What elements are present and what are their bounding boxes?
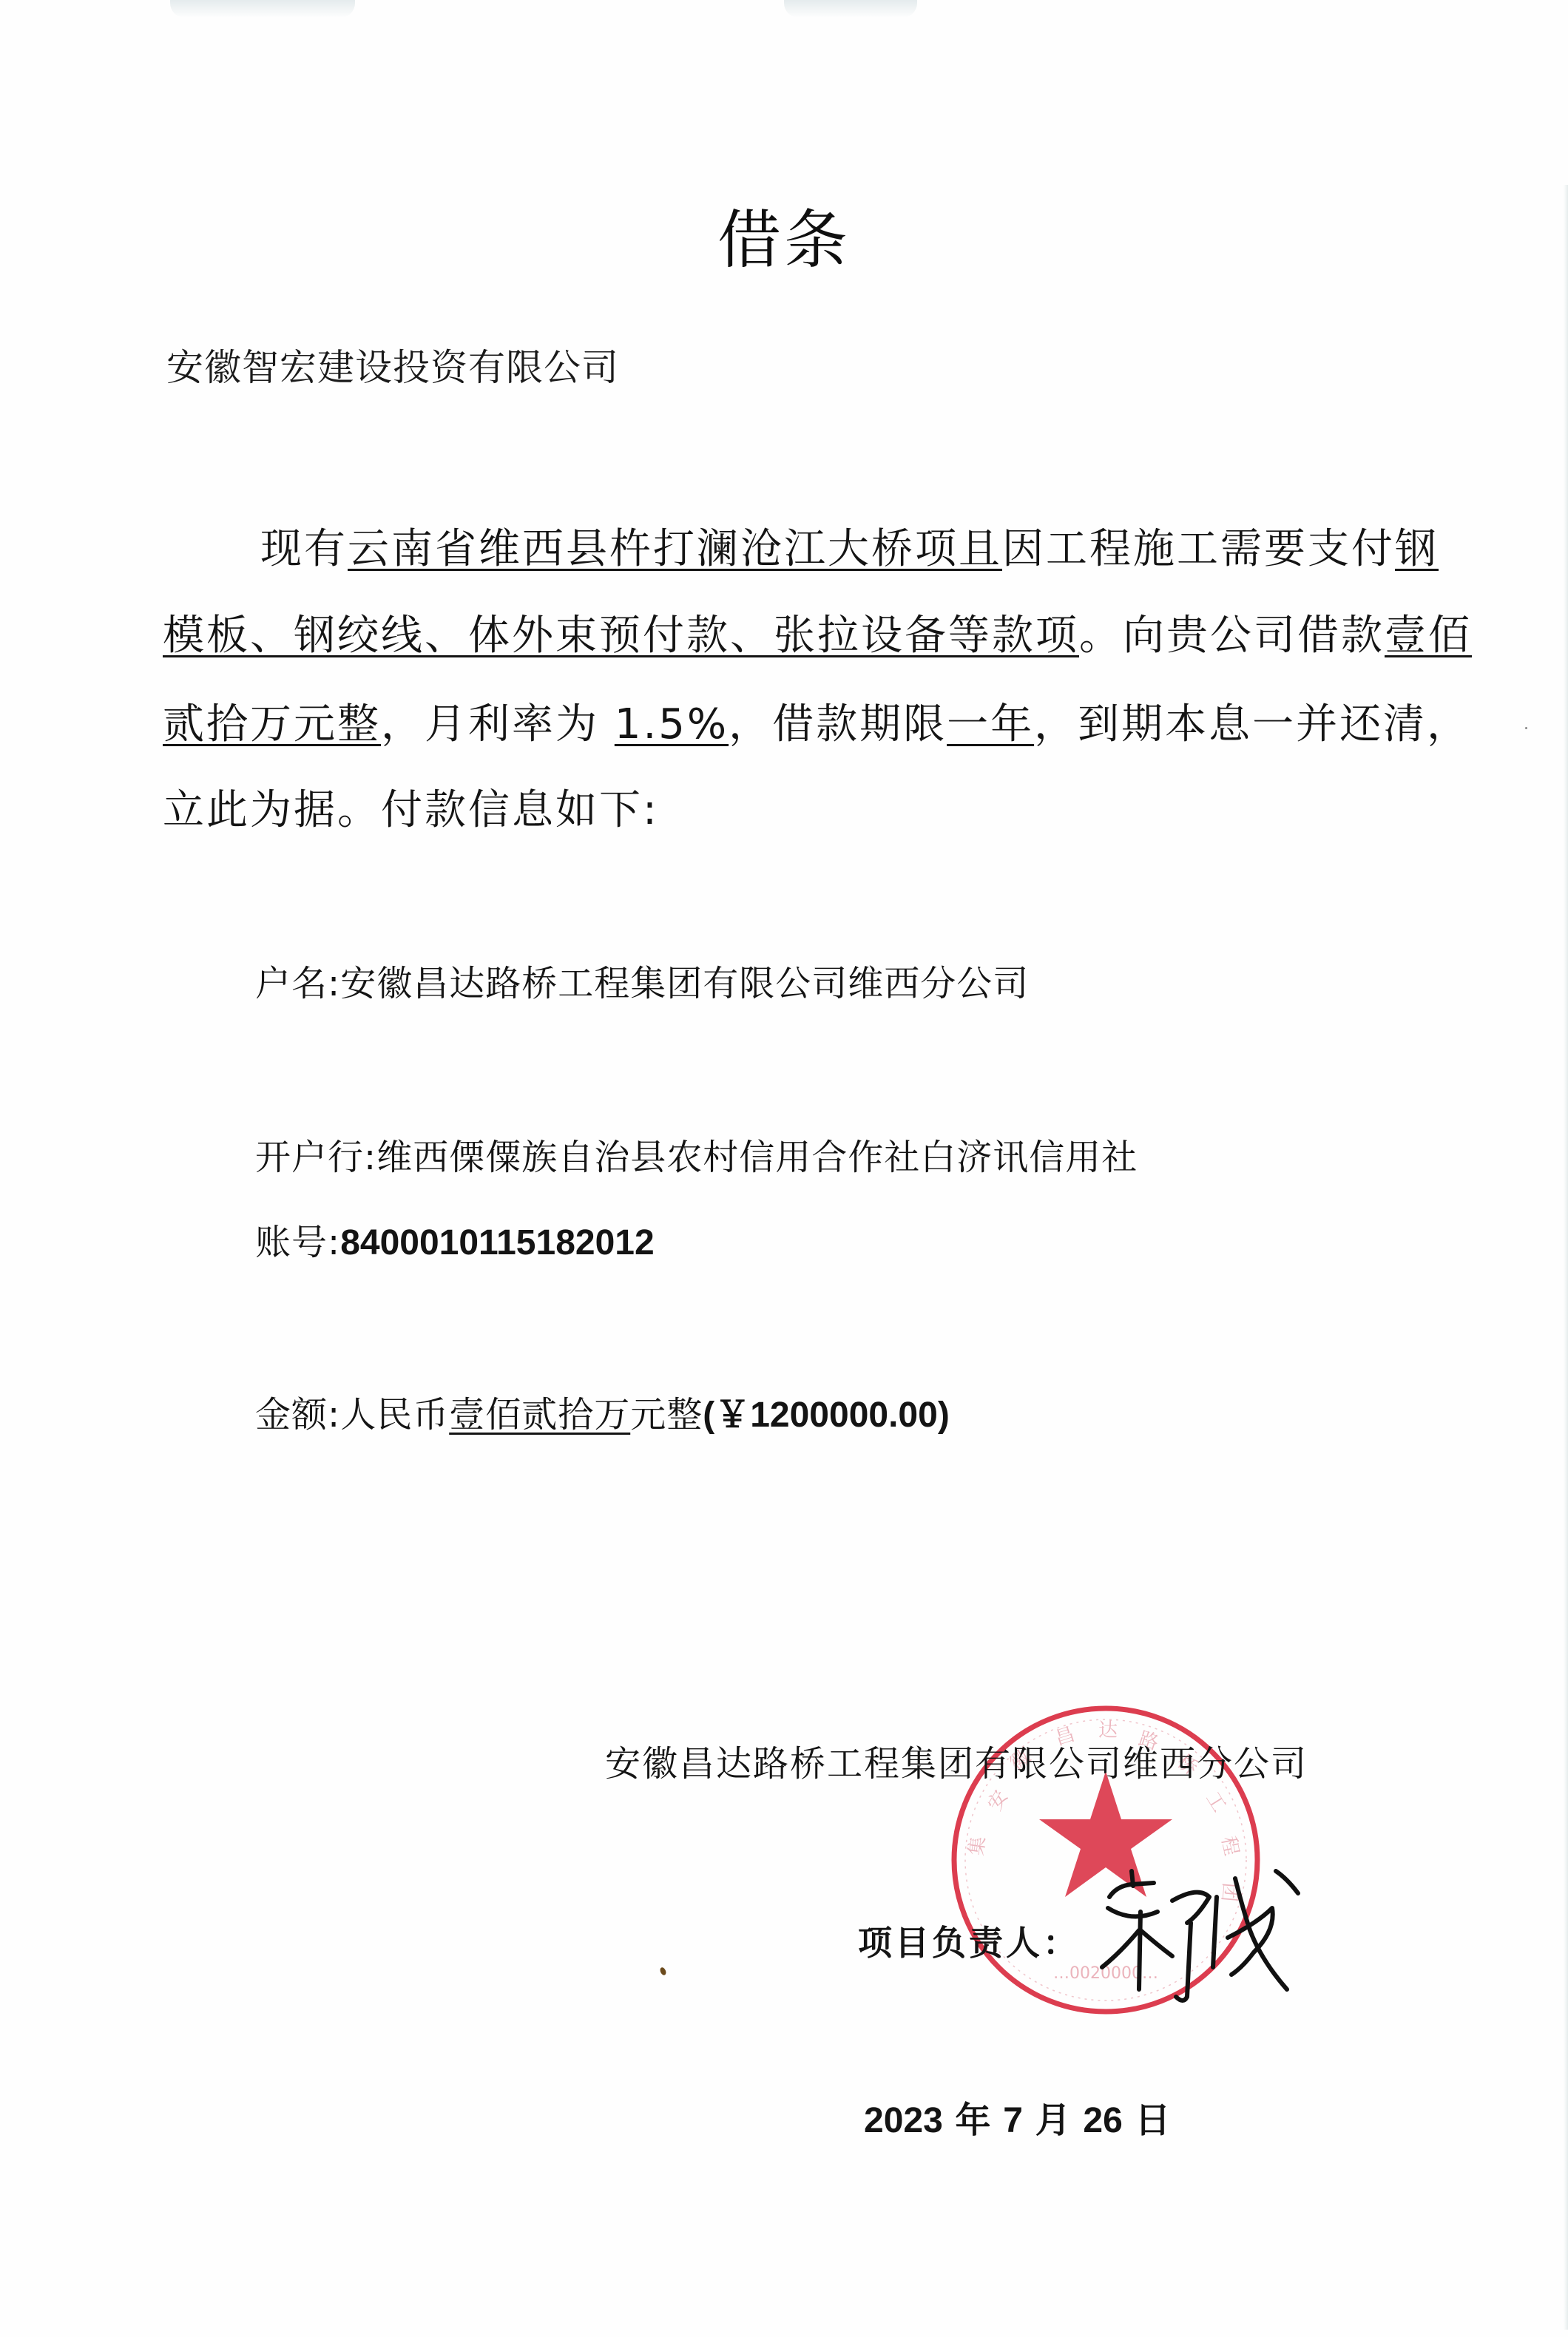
amount-in-words: 壹佰贰拾万 [449,1394,630,1435]
bank-label: 开户行: [255,1137,376,1178]
bank-row: 开户行:维西傈僳族自治县农村信用合作社白济讯信用社 [255,1132,1138,1183]
amount-row: 金额:人民币壹佰贰拾万元整(￥1200000.00) [255,1389,950,1441]
body-text: ，到期本息一并还清， [1034,700,1470,748]
loan-term: 一年 [947,700,1034,748]
account-name-value: 安徽昌达路桥工程集团有限公司维西分公司 [340,963,1029,1004]
body-line-4: 立此为据。付款信息如下: [163,781,659,840]
bank-value: 维西傈僳族自治县农村信用合作社白济讯信用社 [376,1137,1138,1178]
project-manager-label: 项目负责人： [858,1917,1080,1969]
date-day-unit: 日 [1135,2100,1171,2141]
handwritten-signature-icon [1087,1856,1309,2012]
body-text: 。向贵公司借款 [1079,612,1385,660]
body-text: 因工程施工需要支付 [1002,525,1395,573]
scan-artifact [170,0,355,18]
scan-speck [659,1966,667,1976]
date-year-unit: 年 [956,2100,991,2141]
scan-artifact [784,0,917,18]
body-text-underlined: 钢 [1395,525,1439,573]
svg-text:安: 安 [984,1787,1013,1815]
document-title: 借条 [0,200,1568,281]
amount-label: 金额: [255,1394,340,1435]
account-name-row: 户名:安徽昌达路桥工程集团有限公司维西分公司 [255,958,1029,1009]
amount-words-suffix: 元整 [630,1394,703,1435]
account-name-label: 户名: [255,963,340,1004]
amount-in-figures: (￥1200000.00) [703,1396,950,1435]
body-line-1: 现有云南省维西县杵打澜沧江大桥项且因工程施工需要支付钢 [260,520,1439,579]
body-text: ，借款期限 [729,700,947,748]
loan-note-page: 借条 安徽智宏建设投资有限公司 现有云南省维西县杵打澜沧江大桥项且因工程施工需要… [0,0,1568,2337]
body-line-2: 模板、钢绞线、体外束预付款、张拉设备等款项。向贵公司借款壹佰 [163,606,1472,666]
account-number-row: 账号:8400010115182012 [255,1217,655,1269]
date-line: 2023 年 7 月 26 日 [864,2094,1171,2147]
date-month-unit: 月 [1035,2100,1071,2141]
loan-amount-part: 壹佰 [1385,612,1472,660]
signatory-company: 安徽昌达路桥工程集团有限公司维西分公司 [605,1738,1308,1790]
body-line-3: 贰拾万元整，月利率为 1.5%，借款期限一年，到期本息一并还清， [163,695,1470,754]
monthly-interest-rate: 1.5% [615,700,729,748]
project-name: 云南省维西县杵打澜沧江大桥项且 [348,525,1002,573]
date-year: 2023 [864,2101,943,2140]
loan-amount-part: 贰拾万元整 [163,700,381,748]
account-number-value: 8400010115182012 [340,1223,654,1262]
date-month: 7 [1003,2101,1023,2140]
date-day: 26 [1083,2101,1122,2140]
account-number-label: 账号: [255,1222,340,1263]
svg-text:程: 程 [1217,1834,1243,1858]
body-text: 立此为据。付款信息如下: [163,786,659,834]
scan-edge-shadow [1564,185,1568,2330]
body-text: 现有 [260,525,348,573]
amount-prefix: 人民币 [340,1394,449,1435]
scan-speck [1525,727,1527,729]
body-text: ，月利率为 [381,700,615,748]
svg-text:集: 集 [965,1835,990,1857]
svg-text:工: 工 [1201,1788,1230,1816]
addressee: 安徽智宏建设投资有限公司 [166,342,619,393]
payment-items: 模板、钢绞线、体外束预付款、张拉设备等款项 [163,612,1079,660]
